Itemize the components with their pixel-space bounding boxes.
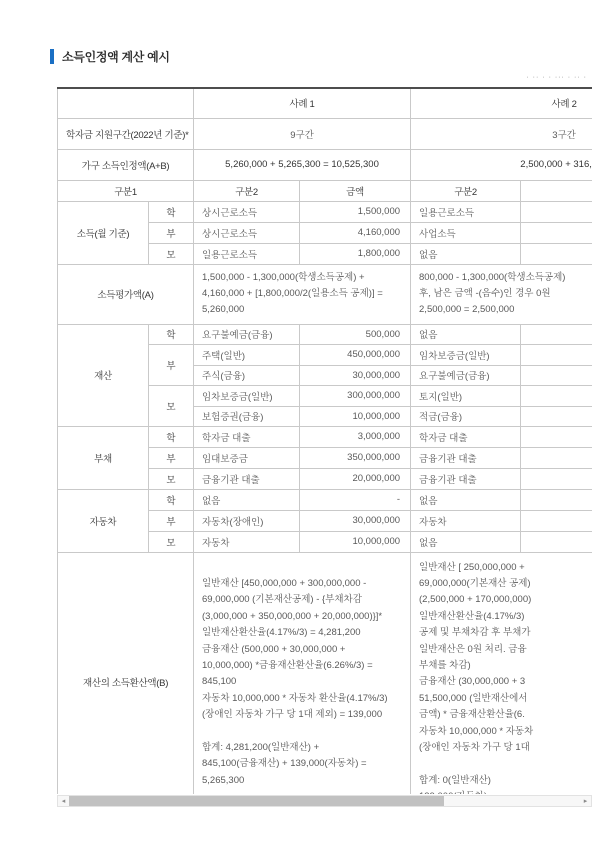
table-row: 소득평가액(A) 1,500,000 - 1,300,000(학생소득공제) +… [58, 264, 593, 324]
income-type1: 상시근로소득 [194, 222, 300, 243]
subheader-col1: 구분1 [58, 180, 194, 201]
calc-line: (3,000,000 + 350,000,000 + 20,000,000)}]… [202, 609, 410, 625]
property-type2: 요구불예금(금융) [411, 365, 521, 385]
car-type1: 자동차(장애인) [194, 510, 300, 531]
calc-line [202, 724, 410, 740]
title-accent-bar [50, 49, 54, 64]
property-amount2 [521, 406, 592, 426]
calc-line: 69,000,000 (기본재산공제) - {부채차감 [202, 592, 410, 608]
calc-line: 10,000,000) *금융재산환산율(6.26%/3) = [202, 658, 410, 674]
property-type2: 적금(금융) [411, 406, 521, 426]
property-amount1: 500,000 [300, 324, 411, 344]
income-amount2 [521, 243, 592, 264]
income-amount2 [521, 201, 592, 222]
calc-line: 845,100(금융재산) + 139,000(자동차) = [202, 756, 410, 772]
car-type1: 자동차 [194, 531, 300, 552]
debt-amount2 [521, 447, 592, 468]
member-cell: 학 [149, 489, 194, 510]
calc-line: 공제 및 부채차감 후 부채가 [419, 625, 592, 641]
car-label: 자동차 [58, 489, 149, 552]
calc-line: 5,265,300 [202, 773, 410, 789]
property-label: 재산 [58, 324, 149, 426]
car-type1: 없음 [194, 489, 300, 510]
calc-line: 139,000(자동차) = [419, 789, 592, 794]
calc-line: 후, 남은 금액 -(음수)인 경우 0원 [419, 286, 592, 302]
calc-line: 부채를 차감) [419, 658, 592, 674]
scrollbar-thumb[interactable] [69, 796, 444, 806]
debt-label: 부채 [58, 426, 149, 489]
case1-header: 사례 1 [194, 88, 411, 118]
member-cell: 부 [149, 447, 194, 468]
document-page: 소득인정액 계산 예시 · ·· · · ··· · ·· · 사례 1 사례 … [0, 0, 595, 842]
subheader-col2: 구분2 [194, 180, 300, 201]
member-cell: 모 [149, 468, 194, 489]
income-amount1: 1,500,000 [300, 201, 411, 222]
debt-amount1: 20,000,000 [300, 468, 411, 489]
calc-line [419, 756, 592, 772]
car-type2: 없음 [411, 489, 521, 510]
debt-amount2 [521, 468, 592, 489]
table-viewport: 사례 1 사례 2 학자금 지원구간(2022년 기준)* 9구간 3구간 가구… [57, 87, 592, 794]
income-amount1: 1,800,000 [300, 243, 411, 264]
bracket-case1: 9구간 [194, 118, 411, 149]
member-cell: 모 [149, 385, 194, 426]
table-row: 자동차 학 없음 - 없음 [58, 489, 593, 510]
clipped-caption: · ·· · · ··· · ·· · [477, 74, 587, 80]
member-cell: 모 [149, 243, 194, 264]
income-type1: 상시근로소득 [194, 201, 300, 222]
recognized-case2: 2,500,000 + 316,367 [411, 149, 592, 180]
member-cell: 부 [149, 222, 194, 243]
member-cell: 부 [149, 344, 194, 385]
property-amount1: 10,000,000 [300, 406, 411, 426]
property-amount2 [521, 365, 592, 385]
page-title: 소득인정액 계산 예시 [62, 48, 170, 65]
income-eval-case1: 1,500,000 - 1,300,000(학생소득공제) + 4,160,00… [194, 264, 411, 324]
calc-line: 2,500,000 = 2,500,000 [419, 302, 592, 318]
horizontal-scrollbar[interactable]: ◂ ▸ [57, 795, 592, 807]
calc-line: 합계: 4,281,200(일반재산) + [202, 740, 410, 756]
property-type1: 보험증권(금융) [194, 406, 300, 426]
calc-line: 51,500,000 (일반재산에서 [419, 691, 592, 707]
table-row: 가구 소득인정액(A+B) 5,260,000 + 5,265,300 = 10… [58, 149, 593, 180]
subheader-col2b: 구분2 [411, 180, 521, 201]
table-row: 사례 1 사례 2 [58, 88, 593, 118]
table-row: 구분1 구분2 금액 구분2 [58, 180, 593, 201]
calc-line: (2,500,000 + 170,000,000) [419, 592, 592, 608]
bracket-label: 학자금 지원구간(2022년 기준)* [58, 118, 194, 149]
property-type2: 토지(일반) [411, 385, 521, 406]
property-amount1: 300,000,000 [300, 385, 411, 406]
car-type2: 자동차 [411, 510, 521, 531]
income-type2: 없음 [411, 243, 521, 264]
subheader-amount: 금액 [300, 180, 411, 201]
property-amount2 [521, 344, 592, 365]
car-amount2 [521, 531, 592, 552]
member-cell: 부 [149, 510, 194, 531]
calc-line: (장애인 자동차 가구 당 1대 제외) = 139,000 [202, 707, 410, 723]
calc-line: 845,100 [202, 674, 410, 690]
debt-type2: 학자금 대출 [411, 426, 521, 447]
scroll-left-arrow-icon[interactable]: ◂ [58, 796, 69, 806]
member-cell: 학 [149, 426, 194, 447]
debt-type1: 임대보증금 [194, 447, 300, 468]
case2-header: 사례 2 [411, 88, 592, 118]
calc-line: 금융재산 (500,000 + 30,000,000 + [202, 642, 410, 658]
table-row: 재산의 소득환산액(B) 일반재산 [450,000,000 + 300,000… [58, 552, 593, 794]
property-amount2 [521, 385, 592, 406]
conversion-label: 재산의 소득환산액(B) [58, 552, 194, 794]
property-type1: 주택(일반) [194, 344, 300, 365]
calc-line: 800,000 - 1,300,000(학생소득공제) [419, 270, 592, 286]
calc-line: 일반재산환산율(4.17%/3) [419, 609, 592, 625]
member-cell: 학 [149, 324, 194, 344]
subheader-hidden [521, 180, 592, 201]
calc-line: 일반재산 [ 250,000,000 + [419, 560, 592, 576]
income-type2: 일용근로소득 [411, 201, 521, 222]
calc-line: 일반재산 [450,000,000 + 300,000,000 - [202, 576, 410, 592]
property-type2: 임차보증금(일반) [411, 344, 521, 365]
calc-line: 일반재산환산율(4.17%/3) = 4,281,200 [202, 625, 410, 641]
debt-type1: 금융기관 대출 [194, 468, 300, 489]
car-amount2 [521, 489, 592, 510]
calc-line: (장애인 자동차 가구 당 1대 [419, 740, 592, 756]
calc-line: 4,160,000 + [1,800,000/2(일용소득 공제)] = [202, 286, 410, 302]
empty-corner-cell [58, 88, 194, 118]
income-eval-case2: 800,000 - 1,300,000(학생소득공제) 후, 남은 금액 -(음… [411, 264, 592, 324]
car-amount1: 10,000,000 [300, 531, 411, 552]
calc-line: 5,260,000 [202, 302, 410, 318]
calc-line: 금융재산 (30,000,000 + 3 [419, 674, 592, 690]
property-type1: 주식(금융) [194, 365, 300, 385]
debt-type1: 학자금 대출 [194, 426, 300, 447]
income-amount1: 4,160,000 [300, 222, 411, 243]
calc-line: 합계: 0(일반재산) [419, 773, 592, 789]
debt-type2: 금융기관 대출 [411, 468, 521, 489]
calc-line: 일반재산은 0원 처리. 금융 [419, 642, 592, 658]
income-eval-label: 소득평가액(A) [58, 264, 194, 324]
member-cell: 학 [149, 201, 194, 222]
calc-line: 1,500,000 - 1,300,000(학생소득공제) + [202, 270, 410, 286]
car-type2: 없음 [411, 531, 521, 552]
calc-line: 자동차 10,000,000 * 자동차 환산율(4.17%/3) [202, 691, 410, 707]
debt-amount1: 3,000,000 [300, 426, 411, 447]
property-type2: 없음 [411, 324, 521, 344]
scrollbar-track[interactable] [69, 796, 580, 806]
debt-type2: 금융기관 대출 [411, 447, 521, 468]
income-type1: 일용근로소득 [194, 243, 300, 264]
property-amount1: 450,000,000 [300, 344, 411, 365]
property-type1: 임차보증금(일반) [194, 385, 300, 406]
income-amount2 [521, 222, 592, 243]
car-amount2 [521, 510, 592, 531]
table-row: 재산 학 요구불예금(금융) 500,000 없음 [58, 324, 593, 344]
income-calculation-table: 사례 1 사례 2 학자금 지원구간(2022년 기준)* 9구간 3구간 가구… [57, 87, 592, 794]
property-type1: 요구불예금(금융) [194, 324, 300, 344]
table-row: 학자금 지원구간(2022년 기준)* 9구간 3구간 [58, 118, 593, 149]
table-row: 부채 학 학자금 대출 3,000,000 학자금 대출 [58, 426, 593, 447]
car-amount1: 30,000,000 [300, 510, 411, 531]
table-row: 소득(월 기준) 학 상시근로소득 1,500,000 일용근로소득 [58, 201, 593, 222]
section-title: 소득인정액 계산 예시 [50, 48, 170, 64]
property-amount1: 30,000,000 [300, 365, 411, 385]
member-cell: 모 [149, 531, 194, 552]
calc-line: 69,000,000(기본재산 공제) [419, 576, 592, 592]
recognized-label: 가구 소득인정액(A+B) [58, 149, 194, 180]
income-type2: 사업소득 [411, 222, 521, 243]
calc-line: 금액) * 금융재산환산율(6. [419, 707, 592, 723]
debt-amount1: 350,000,000 [300, 447, 411, 468]
car-amount1: - [300, 489, 411, 510]
income-label: 소득(월 기준) [58, 201, 149, 264]
conversion-case2: 일반재산 [ 250,000,000 + 69,000,000(기본재산 공제)… [411, 552, 592, 794]
property-amount2 [521, 324, 592, 344]
scroll-right-arrow-icon[interactable]: ▸ [580, 796, 591, 806]
conversion-case1: 일반재산 [450,000,000 + 300,000,000 - 69,000… [194, 552, 411, 794]
bracket-case2: 3구간 [411, 118, 592, 149]
recognized-case1: 5,260,000 + 5,265,300 = 10,525,300 [194, 149, 411, 180]
calc-line: 자동차 10,000,000 * 자동차 [419, 724, 592, 740]
debt-amount2 [521, 426, 592, 447]
